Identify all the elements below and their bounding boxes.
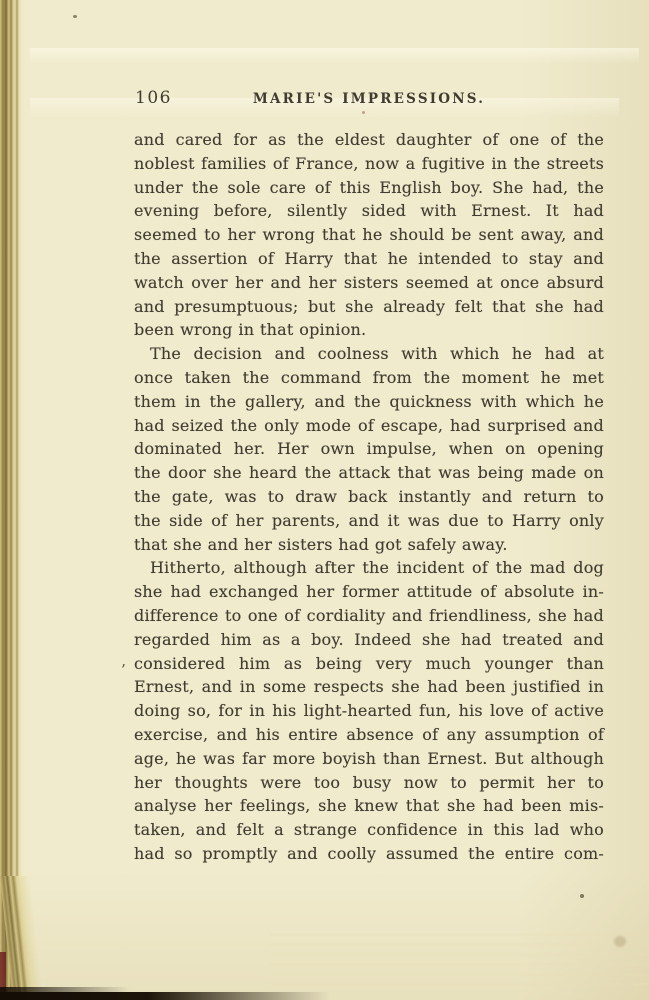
text-line: The decision and coolness with which he … — [134, 342, 604, 366]
paper-sheen-band — [30, 48, 639, 64]
text-line: watch over her and her sisters seemed at… — [134, 271, 604, 295]
text-line: Hitherto, although after the incident of… — [134, 556, 604, 580]
text-line: and presumptuous; but she already felt t… — [134, 295, 604, 319]
text-line: dominated her. Her own impulse, when on … — [134, 437, 604, 461]
text-line: age, he was far more boyish than Ernest.… — [134, 747, 604, 771]
book-binding-gutter — [0, 0, 24, 1000]
paper-speck — [580, 894, 584, 898]
text-line: been wrong in that opinion. — [134, 318, 604, 342]
text-line: the door she heard the attack that was b… — [134, 461, 604, 485]
running-head: MARIE'S IMPRESSIONS. — [134, 91, 604, 107]
text-line: considered him as being very much younge… — [134, 652, 604, 676]
paper-speck — [73, 15, 77, 18]
text-line: the gate, was to draw back instantly and… — [134, 485, 604, 509]
text-line: that she and her sisters had got safely … — [134, 533, 604, 557]
paper-streaks — [270, 933, 649, 988]
text-line: regarded him as a boy. Indeed she had tr… — [134, 628, 604, 652]
text-line: the assertion of Harry that he intended … — [134, 247, 604, 271]
text-line: them in the gallery, and the quickness w… — [134, 390, 604, 414]
text-line: doing so, for in his light-hearted fun, … — [134, 699, 604, 723]
paper-speck — [362, 111, 365, 114]
book-page-photo: 106 MARIE'S IMPRESSIONS. and cared for a… — [0, 0, 649, 1000]
text-line: once taken the command from the moment h… — [134, 366, 604, 390]
bottom-corner-shadow — [0, 987, 130, 1000]
margin-mark: ’ — [121, 661, 126, 679]
text-line: taken, and felt a strange confidence in … — [134, 818, 604, 842]
paper-smudge — [614, 936, 626, 947]
text-line: had so promptly and coolly assumed the e… — [134, 842, 604, 866]
text-line: she had exchanged her former attitude of… — [134, 580, 604, 604]
body-text: and cared for as the eldest daughter of … — [134, 128, 604, 866]
text-line: difference to one of cordiality and frie… — [134, 604, 604, 628]
text-line: and cared for as the eldest daughter of … — [134, 128, 604, 152]
text-line: under the sole care of this English boy.… — [134, 176, 604, 200]
text-line: noblest families of France, now a fugiti… — [134, 152, 604, 176]
text-line: the side of her parents, and it was due … — [134, 509, 604, 533]
text-line: exercise, and his entire absence of any … — [134, 723, 604, 747]
text-line: had seized the only mode of escape, had … — [134, 414, 604, 438]
text-line: analyse her feelings, she knew that she … — [134, 794, 604, 818]
text-line: seemed to her wrong that he should be se… — [134, 223, 604, 247]
text-line: Ernest, and in some respects she had bee… — [134, 675, 604, 699]
text-line: evening before, silently sided with Erne… — [134, 199, 604, 223]
text-line: her thoughts were too busy now to permit… — [134, 771, 604, 795]
